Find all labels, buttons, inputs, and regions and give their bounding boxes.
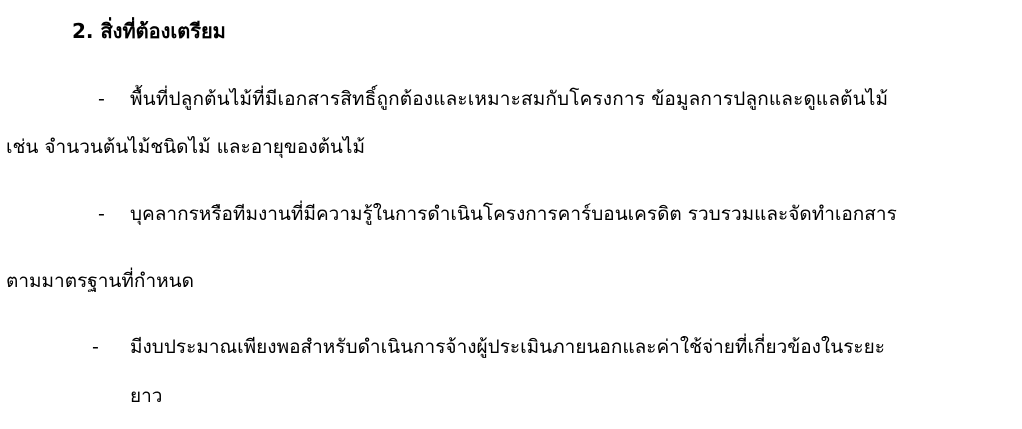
bullet-dash: - (98, 85, 105, 113)
bullet-text-line1: มีงบประมาณเพียงพอสำหรับดำเนินการจ้างผู้ป… (130, 333, 885, 361)
bullet-text-line2: ตามมาตรฐานที่กำหนด (6, 267, 194, 295)
bullet-text-line1: บุคลากรหรือทีมงานที่มีความรู้ในการดำเนิน… (130, 200, 897, 228)
bullet-dash: - (92, 333, 99, 361)
section-heading: 2. สิ่งที่ต้องเตรียม (72, 16, 226, 46)
bullet-dash: - (98, 200, 105, 228)
bullet-text-line2: ยาว (130, 382, 162, 410)
bullet-text-line1: พื้นที่ปลูกต้นไม้ที่มีเอกสารสิทธิ์ถูกต้อ… (130, 85, 888, 113)
bullet-text-line2: เช่น จำนวนต้นไม้ชนิดไม้ และอายุของต้นไม้ (6, 133, 365, 161)
